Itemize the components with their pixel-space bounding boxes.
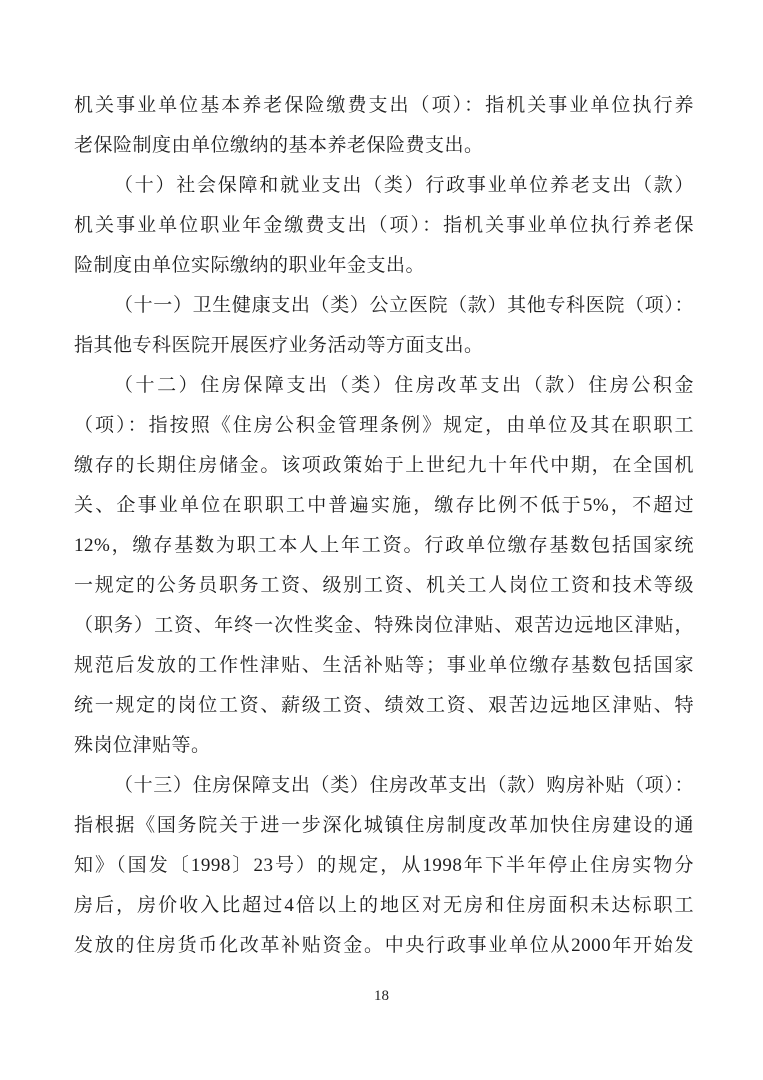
document-line: 关、企事业单位在职职工中普遍实施，缴存比例不低于5%，不超过 — [74, 486, 694, 526]
document-line: 机关事业单位基本养老保险缴费支出（项）：指机关事业单位执行养 — [74, 86, 694, 126]
document-line: （十一）卫生健康支出（类）公立医院（款）其他专科医院（项）： — [74, 286, 694, 326]
document-line: 老保险制度由单位缴纳的基本养老保险费支出。 — [74, 126, 694, 166]
document-line: （十三）住房保障支出（类）住房改革支出（款）购房补贴（项）： — [74, 766, 694, 806]
document-line: 发放的住房货币化改革补贴资金。中央行政事业单位从2000年开始发 — [74, 926, 694, 966]
text-block: 机关事业单位基本养老保险缴费支出（项）：指机关事业单位执行养老保险制度由单位缴纳… — [74, 86, 694, 966]
document-line: 12%，缴存基数为职工本人上年工资。行政单位缴存基数包括国家统 — [74, 526, 694, 566]
document-line: 房后，房价收入比超过4倍以上的地区对无房和住房面积未达标职工 — [74, 886, 694, 926]
document-page: 机关事业单位基本养老保险缴费支出（项）：指机关事业单位执行养老保险制度由单位缴纳… — [0, 0, 763, 1080]
document-line: 知》（国发〔1998〕23号）的规定，从1998年下半年停止住房实物分 — [74, 846, 694, 886]
document-line: （职务）工资、年终一次性奖金、特殊岗位津贴、艰苦边远地区津贴， — [74, 606, 694, 646]
document-line: 规范后发放的工作性津贴、生活补贴等；事业单位缴存基数包括国家 — [74, 646, 694, 686]
document-line: 一规定的公务员职务工资、级别工资、机关工人岗位工资和技术等级 — [74, 566, 694, 606]
document-line: 机关事业单位职业年金缴费支出（项）：指机关事业单位执行养老保 — [74, 206, 694, 246]
document-line: （十）社会保障和就业支出（类）行政事业单位养老支出（款） — [74, 166, 694, 206]
document-line: 殊岗位津贴等。 — [74, 726, 694, 766]
page-footer: 18 — [0, 986, 763, 1006]
document-line: （十二）住房保障支出（类）住房改革支出（款）住房公积金 — [74, 366, 694, 406]
document-line: 缴存的长期住房储金。该项政策始于上世纪九十年代中期，在全国机 — [74, 446, 694, 486]
document-line: （项）：指按照《住房公积金管理条例》规定，由单位及其在职职工 — [74, 406, 694, 446]
page-number: 18 — [374, 988, 389, 1004]
document-line: 统一规定的岗位工资、薪级工资、绩效工资、艰苦边远地区津贴、特 — [74, 686, 694, 726]
document-line: 指根据《国务院关于进一步深化城镇住房制度改革加快住房建设的通 — [74, 806, 694, 846]
document-line: 指其他专科医院开展医疗业务活动等方面支出。 — [74, 326, 694, 366]
document-line: 险制度由单位实际缴纳的职业年金支出。 — [74, 246, 694, 286]
